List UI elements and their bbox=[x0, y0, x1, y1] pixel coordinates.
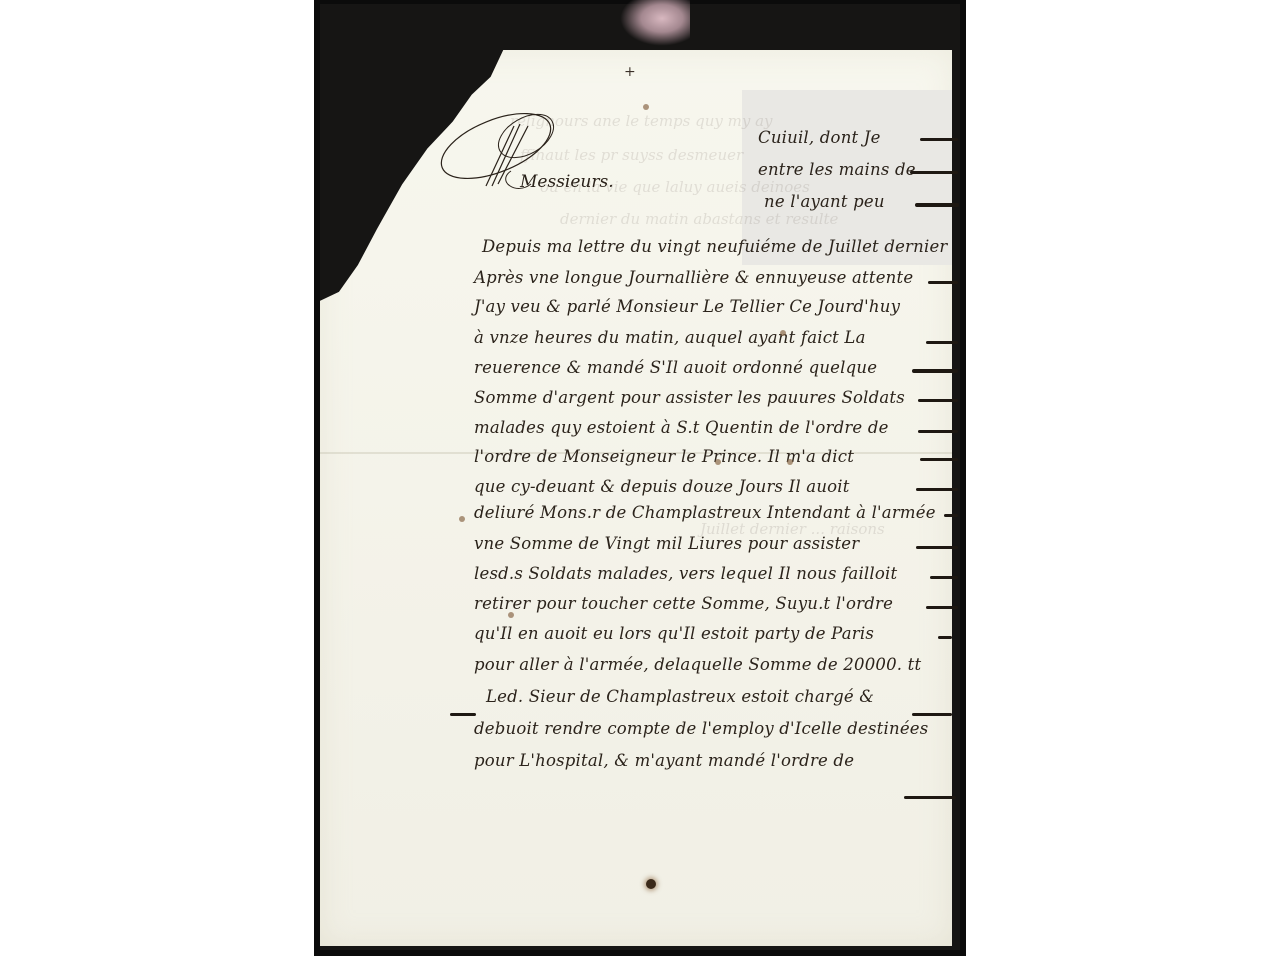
manuscript-page: relignours ane le temps quy my ay ffinau… bbox=[320, 50, 952, 946]
body-line: retirer pour toucher cette Somme, Suyu.t… bbox=[474, 594, 893, 613]
fiber-debris bbox=[620, 0, 690, 46]
ink-spot bbox=[459, 516, 465, 522]
line-filler-dash bbox=[916, 546, 958, 549]
body-line: l'ordre de Monseigneur le Prince. Il m'a… bbox=[474, 447, 854, 466]
line-filler-dash bbox=[938, 636, 952, 639]
body-line: deliuré Mons.r de Champlastreux Intendan… bbox=[474, 503, 936, 522]
line-filler-dash bbox=[916, 488, 958, 491]
body-line: Après vne longue Journallière & ennuyeus… bbox=[474, 268, 913, 287]
body-line: malades quy estoient à S.t Quentin de l'… bbox=[474, 418, 889, 437]
ink-spot bbox=[508, 612, 514, 618]
ink-spot bbox=[643, 104, 649, 110]
line-filler-dash bbox=[920, 458, 958, 461]
body-line: Somme d'argent pour assister les pauures… bbox=[474, 388, 905, 407]
body-line: à vnze heures du matin, auquel ayant fai… bbox=[474, 328, 866, 347]
line-filler-dash bbox=[910, 171, 958, 174]
paper-hole bbox=[646, 879, 656, 889]
body-line: J'ay veu & parlé Monsieur Le Tellier Ce … bbox=[474, 297, 900, 316]
margin-note-line: Cuiuil, dont Je bbox=[758, 128, 881, 147]
margin-note-line: entre les mains de bbox=[758, 160, 916, 179]
line-filler-dash bbox=[912, 369, 958, 373]
line-filler-dash bbox=[944, 514, 958, 517]
body-line: reuerence & mandé S'Il auoit ordonné que… bbox=[474, 358, 877, 377]
ink-spot bbox=[780, 330, 786, 336]
body-line: que cy-deuant & depuis douze Jours Il au… bbox=[474, 477, 850, 496]
body-line: qu'Il en auoit eu lors qu'Il estoit part… bbox=[474, 624, 874, 643]
line-filler-dash bbox=[918, 399, 958, 402]
margin-note-line: ne l'ayant peu bbox=[764, 192, 885, 211]
body-line: pour aller à l'armée, delaquelle Somme d… bbox=[474, 655, 921, 674]
line-filler-dash bbox=[928, 281, 958, 284]
line-filler-dash bbox=[912, 713, 952, 716]
line-filler-dash bbox=[915, 203, 959, 207]
ink-spot bbox=[715, 459, 721, 465]
line-filler-dash bbox=[918, 430, 958, 433]
body-line: Depuis ma lettre du vingt neufuiéme de J… bbox=[482, 237, 948, 256]
ink-spot bbox=[787, 459, 793, 465]
body-line: lesd.s Soldats malades, vers lequel Il n… bbox=[474, 564, 897, 583]
bleed-through-text: dernier du matin abastans et resulte bbox=[560, 210, 838, 228]
line-filler-dash bbox=[450, 713, 476, 716]
line-filler-dash bbox=[926, 341, 958, 344]
line-filler-dash bbox=[904, 796, 956, 799]
body-line: vne Somme de Vingt mil Liures pour assis… bbox=[474, 534, 859, 553]
cross-mark: + bbox=[624, 64, 636, 80]
line-filler-dash bbox=[926, 606, 958, 609]
line-filler-dash bbox=[920, 138, 958, 141]
salutation: Messieurs. bbox=[520, 172, 614, 192]
body-line: pour L'hospital, & m'ayant mandé l'ordre… bbox=[474, 751, 854, 770]
body-line: debuoit rendre compte de l'employ d'Icel… bbox=[474, 719, 928, 738]
line-filler-dash bbox=[930, 576, 958, 579]
body-line: Led. Sieur de Champlastreux estoit charg… bbox=[486, 687, 874, 706]
